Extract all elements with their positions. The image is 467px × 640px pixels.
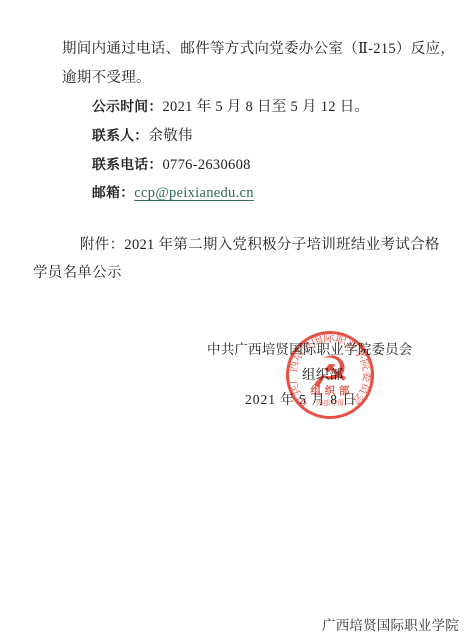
contact-phone-value: 0776-2630608 [162,157,250,173]
body-paragraph-line-2: 逾期不受理。 [62,71,151,86]
contact-person-value: 余敬伟 [148,128,192,144]
contact-person-label: 联系人： [92,128,148,144]
contact-phone-label: 联系电话： [92,157,162,173]
publicity-period-value: 2021 年 5 月 8 日至 5 月 12 日。 [162,99,369,115]
attachment-line-1: 附件：2021 年第二期入党积极分子培训班结业考试合格 [80,238,440,253]
email-label: 邮箱： [92,185,134,201]
footer-school-name: 广西培贤国际职业学院 [322,614,459,634]
notice-page: { "document": { "para": { "line1": "期间内通… [0,0,467,640]
email-link[interactable]: ccp@peixianedu.cn [134,185,254,201]
signature-department: 组织部 [302,368,343,382]
field-contact-phone: 联系电话：0776-2630608 [92,158,251,173]
field-contact-person: 联系人：余敬伟 [92,129,193,144]
signature-date: 2021 年 5 月 8 日 [245,393,357,407]
publicity-period-label: 公示时间： [92,99,162,115]
signature-organization: 中共广西培贤国际职业学院委员会 [207,343,413,357]
body-paragraph-line-1: 期间内通过电话、邮件等方式向党委办公室（Ⅱ-215）反应， [62,42,455,57]
field-email: 邮箱：ccp@peixianedu.cn [92,186,254,201]
field-publicity-period: 公示时间：2021 年 5 月 8 日至 5 月 12 日。 [92,100,369,115]
attachment-line-2: 学员名单公示 [33,266,122,281]
